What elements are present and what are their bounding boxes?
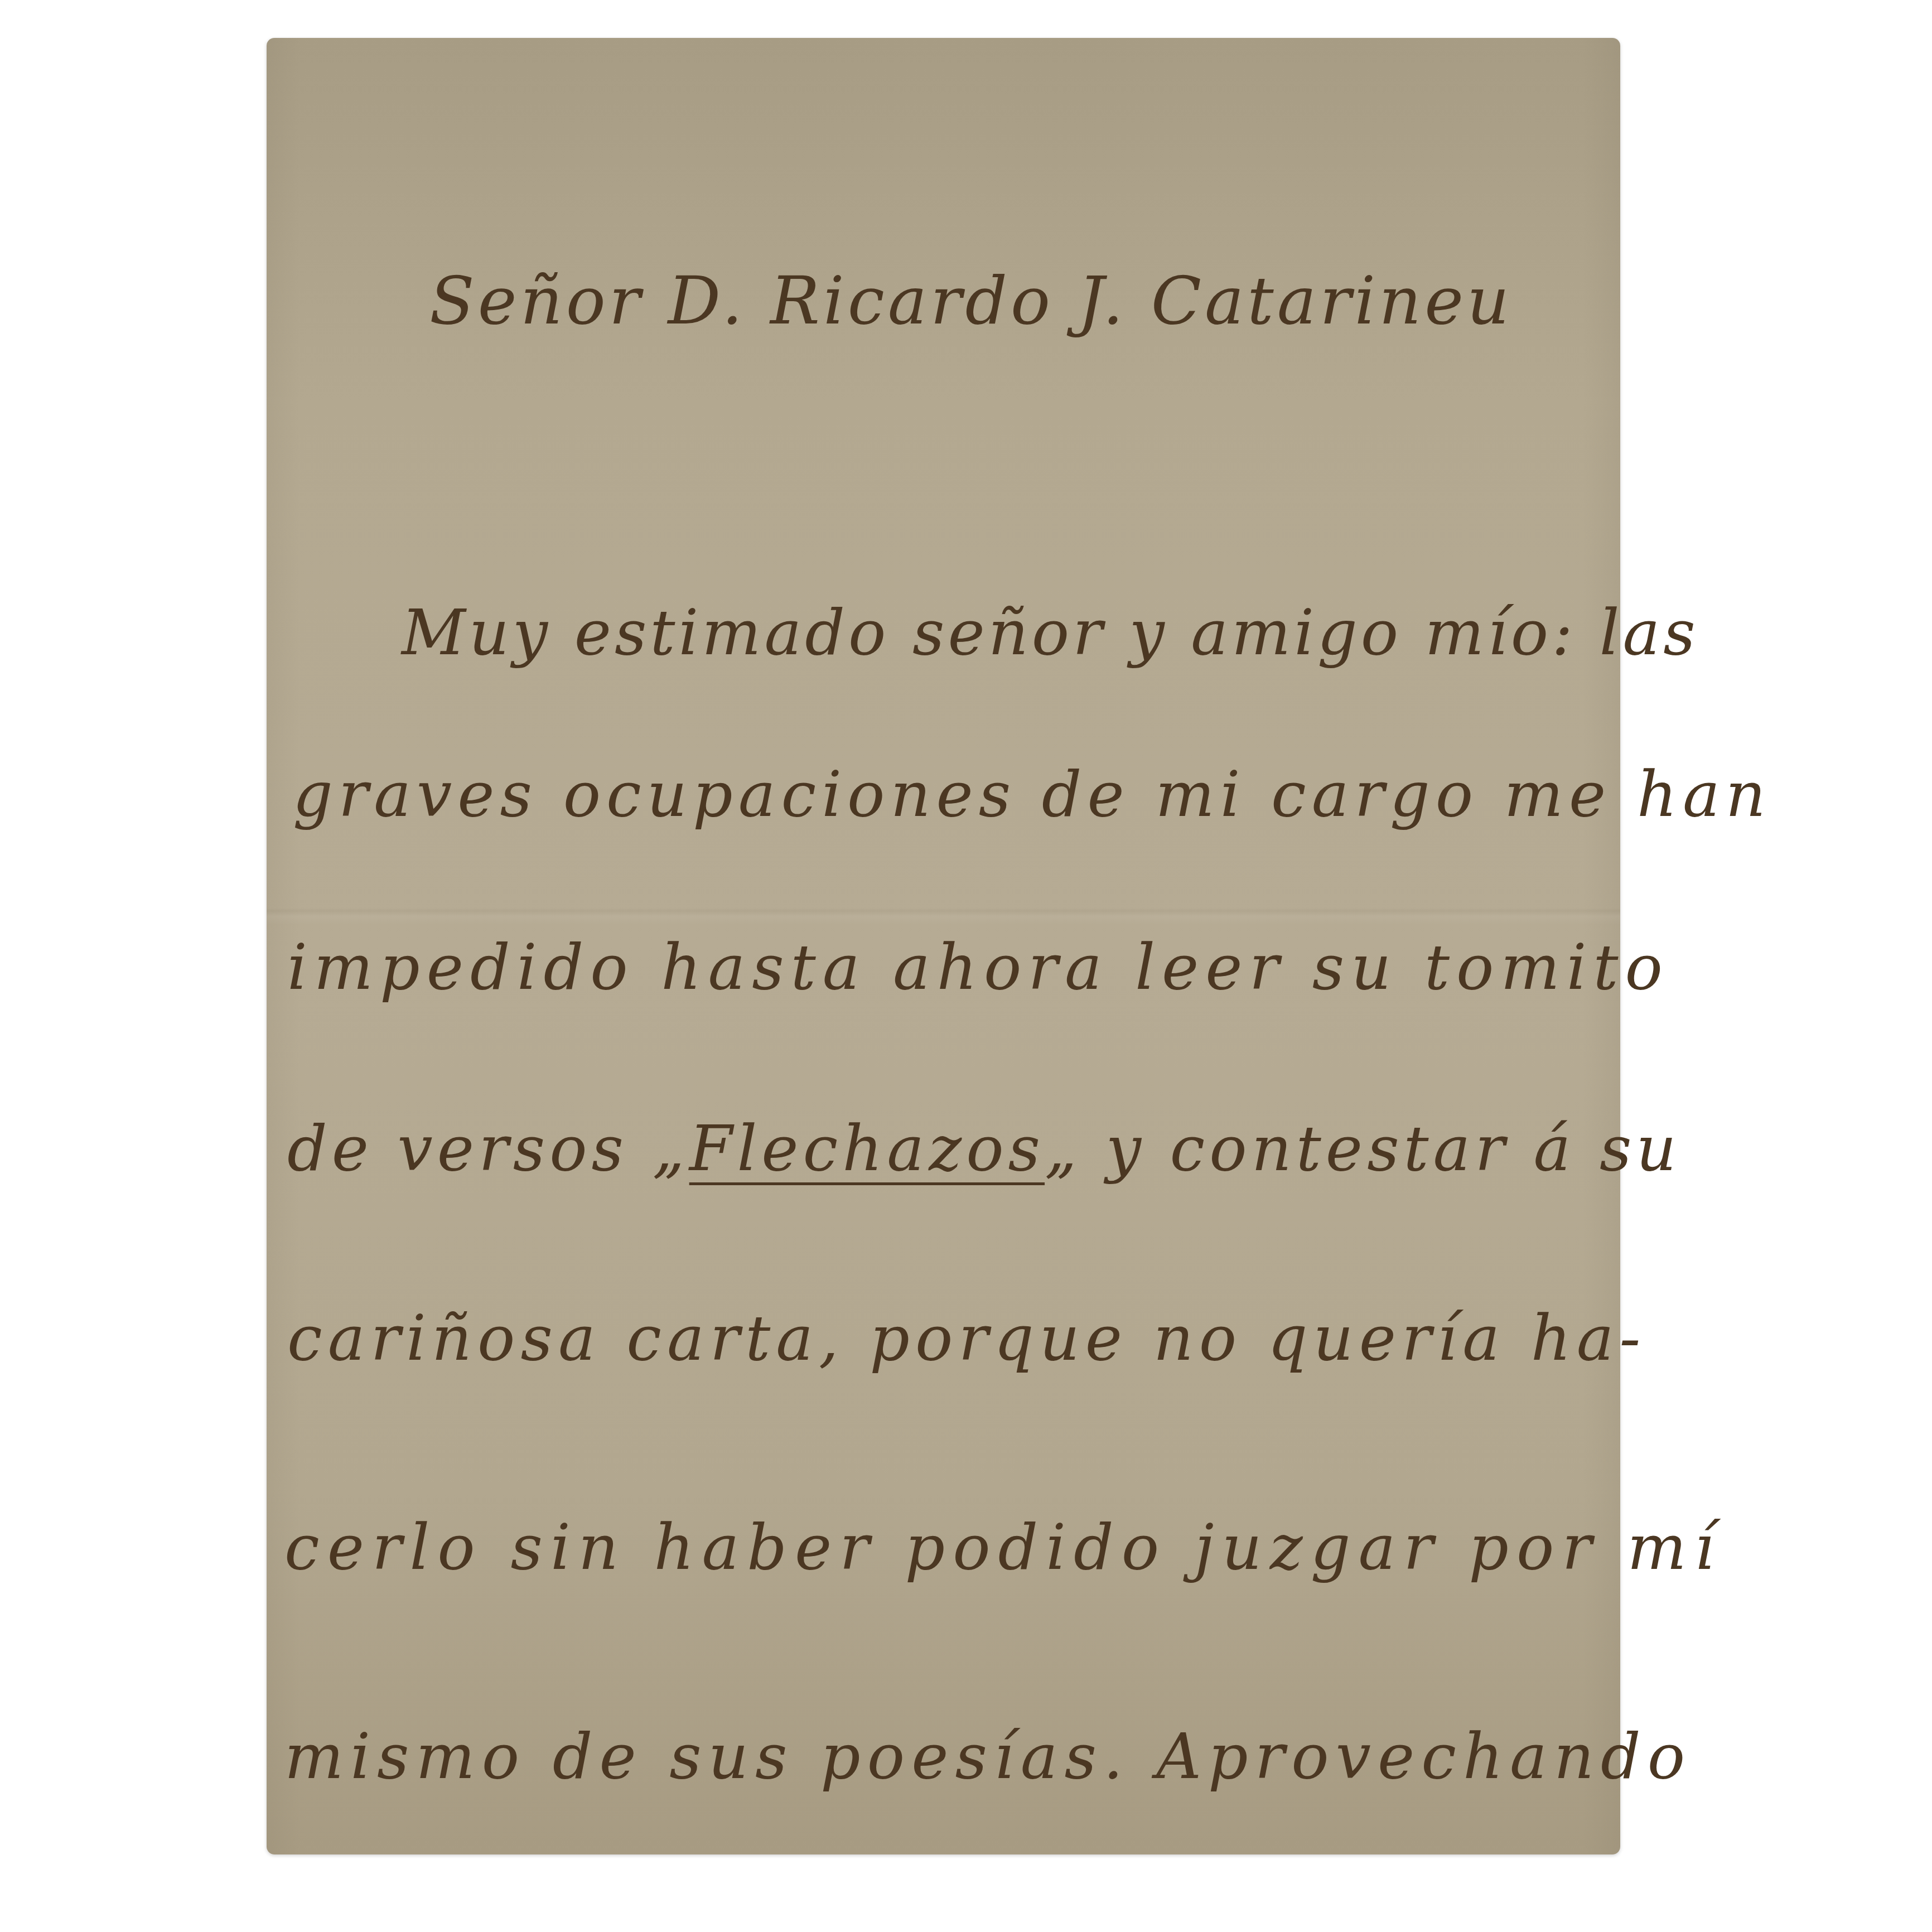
letter-line-2: graves ocupaciones de mi cargo me han	[293, 759, 1771, 831]
letter-line-7: mismo de sus poesías. Aprovechando	[284, 1721, 1692, 1793]
letter-line-4-before: de versos „	[287, 1113, 689, 1185]
letter-line-6: cerlo sin haber podido juzgar por mí	[284, 1511, 1722, 1584]
letter-line-4-after: „ y contestar á su	[1045, 1113, 1680, 1185]
letter-line-1: Muy estimado señor y amigo mío: las	[402, 597, 1699, 669]
letter-line-4: de versos „Flechazos„ y contestar á su	[287, 1113, 1681, 1185]
letter-salutation: Señor D. Ricardo J. Catarineu	[429, 262, 1513, 339]
letter-line-3: impedido hasta ahora leer su tomito	[287, 931, 1669, 1004]
book-title-flechazos: Flechazos	[689, 1113, 1045, 1185]
letter-line-5: cariñosa carta, porque no quería ha-	[287, 1302, 1646, 1375]
